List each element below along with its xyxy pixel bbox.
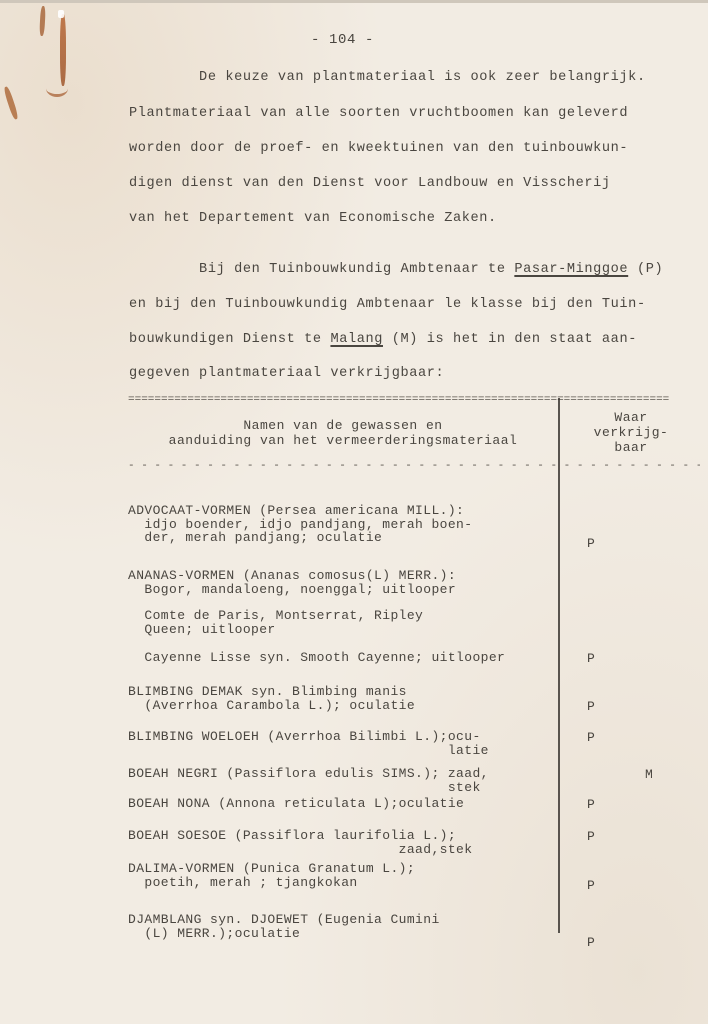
header-availability: Waar verkrijg- baar [562, 410, 700, 455]
table-row: Comte de Paris, Montserrat, Ripley Queen… [128, 609, 423, 636]
rust-stain [60, 14, 66, 86]
place-malang: Malang [330, 332, 383, 347]
paragraph1-line: digen dienst van den Dienst voor Landbou… [129, 176, 611, 192]
paragraph1-line: van het Departement van Economische Zake… [129, 211, 497, 227]
rust-stain [3, 86, 19, 120]
table-row: ANANAS-VORMEN (Ananas comosus(L) MERR.):… [128, 569, 456, 596]
paragraph2-line: gegeven plantmateriaal verkrijgbaar: [129, 366, 444, 382]
paragraph1-line: worden door de proef- en kweektuinen van… [129, 141, 628, 157]
availability-p: P [587, 699, 595, 714]
header-crop-names: Namen van de gewassen en aanduiding van … [128, 418, 558, 448]
document-page: - 104 - De keuze van plantmateriaal is o… [0, 0, 708, 1024]
table-row: BLIMBING WOELOEH (Averrhoa Bilimbi L.);o… [128, 730, 489, 757]
availability-p: P [587, 730, 595, 745]
availability-m: M [645, 767, 653, 782]
table-row: BOEAH NEGRI (Passiflora edulis SIMS.); z… [128, 767, 489, 794]
availability-p: P [587, 797, 595, 812]
table-row: BOEAH SOESOE (Passiflora laurifolia L.);… [128, 829, 472, 856]
availability-p: P [587, 536, 595, 551]
paragraph2-line: en bij den Tuinbouwkundig Ambtenaar le k… [129, 297, 646, 313]
table-row: ADVOCAAT-VORMEN (Persea americana MILL.)… [128, 504, 472, 545]
page-top-edge [0, 0, 708, 3]
table-row: BOEAH NONA (Annona reticulata L);oculati… [128, 797, 464, 811]
table-row: DJAMBLANG syn. DJOEWET (Eugenia Cumini (… [128, 913, 440, 940]
table-header-rule: - - - - - - - - - - - - - - - - - - - - … [128, 460, 700, 472]
table-column-divider [558, 398, 560, 933]
table-top-rule: ========================================… [128, 394, 700, 406]
availability-p: P [587, 651, 595, 666]
paragraph1-line: De keuze van plantmateriaal is ook zeer … [129, 70, 646, 86]
availability-p: P [587, 878, 595, 893]
table-row: Cayenne Lisse syn. Smooth Cayenne; uitlo… [128, 651, 505, 665]
availability-p: P [587, 829, 595, 844]
place-pasar-minggoe: Pasar-Minggoe [514, 262, 628, 277]
availability-p: P [587, 935, 595, 950]
table-row: DALIMA-VORMEN (Punica Granatum L.); poet… [128, 862, 415, 889]
rust-stain [46, 80, 68, 97]
paragraph2-line: Bij den Tuinbouwkundig Ambtenaar te Pasa… [129, 262, 663, 278]
table-row: BLIMBING DEMAK syn. Blimbing manis (Aver… [128, 685, 415, 712]
page-number: - 104 - [311, 32, 374, 48]
paragraph1-line: Plantmateriaal van alle soorten vruchtbo… [129, 106, 628, 122]
staple-mark [58, 10, 64, 18]
rust-stain [39, 6, 46, 36]
paragraph2-line: bouwkundigen Dienst te Malang (M) is het… [129, 332, 637, 348]
